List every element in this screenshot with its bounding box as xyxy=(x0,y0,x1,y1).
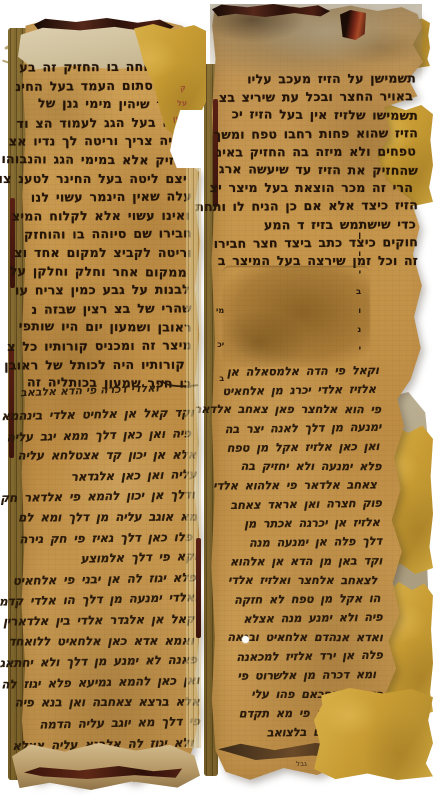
cursive-script-line: וקאל פי הדה אלמסאלה אן xyxy=(211,361,379,382)
cursive-script-line: פי הוא אלחצר פאן צאחב אלדאר xyxy=(213,400,381,419)
square-script-line: הרי זה מכר הוצאת בעל מיצר יצ xyxy=(220,179,418,197)
margin-mark: יכ xyxy=(216,328,224,362)
square-script-line: חוקים כיצד כתב ביצד חצר חבירו xyxy=(220,233,418,253)
square-script-line: קורותיו היה לכותל של ראובן xyxy=(32,355,190,374)
square-script-line: תשמישו שלזיז אין בעל הזיז יכ xyxy=(220,106,418,126)
cursive-script-line: ואמא אדא כאן אלחאיט ללואחד xyxy=(27,630,199,651)
cursive-script-line: ימנעה מן דלך לאנה יצר בה xyxy=(213,418,381,440)
cursive-script-line: אלא אן יכון קד אצטלחא עליה xyxy=(24,445,196,466)
margin-mark: נ xyxy=(356,321,361,340)
manuscript-scan: ובא מיוחה בו החזיק זה בעהגו לסתום העמד ב… xyxy=(0,0,433,800)
square-script-line: חבירו שם סיוהה בו והוחזק xyxy=(34,225,192,245)
red-leather-fleck xyxy=(340,10,366,40)
maroon-edge-sliver xyxy=(196,538,201,638)
margin-mark: ו xyxy=(356,302,361,321)
cursive-script-line: דלך פלה אן ימנעה מנה xyxy=(214,532,382,554)
cursive-script-line: מא אוגב עליה מן דלך ומא לם xyxy=(25,507,197,528)
square-script-line: מיצר זה ומכניס קורותיו כל צ xyxy=(34,336,192,356)
square-script-line: שהחזיק את הזיז עד שיעשה ארג xyxy=(220,160,418,180)
cursive-script-line: פיה ואן כאן דלך ממא יגב עליה xyxy=(24,423,196,447)
margin-mark: י xyxy=(356,264,361,283)
right-square-text-block: תשמישן על הזיז מעכב עליובאויר החצר ובכל … xyxy=(220,70,418,270)
square-script-line: כדי שישתמש בזיז ד המע xyxy=(218,215,416,234)
cursive-script-line: לצאחב אלחצר ואלזיז אלדי xyxy=(214,571,382,590)
square-script-line: ממקום אחר וחלק וחלקן על xyxy=(34,262,192,282)
square-script-line: וריטה לקביצ למקום אחד וצ xyxy=(34,244,192,263)
bottom-torn-layer xyxy=(12,742,200,790)
cursive-script-line: וקאל אן אלגדר אלדי בין אלדארין xyxy=(26,609,198,632)
mustard-bottom-patch xyxy=(314,688,433,780)
cursive-script-line: אלא ברצא צאחבה ואן בנא פיה xyxy=(28,692,200,713)
cursive-script-line: ואן כאן להמא גמיעא פלא יגוז לה xyxy=(27,670,199,694)
right-cursive-text-block: וקאל פי הדה אלמסאלה אןאלזיז אלדי יכרג מן… xyxy=(213,361,384,742)
right-margin-marks: ןויבוני xyxy=(356,226,361,359)
cursive-script-line: פלה אן ירד אלזיז למכאנה xyxy=(215,646,383,668)
left-cursive-text-block: וקד קאל אן אלחיט אלדי בינהמאפיה ואן כאן … xyxy=(24,403,201,755)
cursive-script-line: אלזיז אלדי יכרג מן אלחאיט xyxy=(213,380,381,402)
square-script-line: תשמישן על הזיז מעכב עליו xyxy=(218,69,416,88)
cursive-script-line: פיה ולא ימנע מנה אצלא xyxy=(214,608,382,630)
cursive-script-line: ומא דכרה מן אלשרוט פי xyxy=(213,665,381,686)
right-manuscript-strip: תשמישן על הזיז מעכב עליובאויר החצר ובכל … xyxy=(204,4,433,786)
cursive-script-line: פוק חצרה ואן אראד צאחב xyxy=(214,494,382,516)
square-script-line: טפחים ולא מיזה בה החזיק באינ xyxy=(218,142,416,161)
square-script-line: זה וכל זמן שירצה בעל המיצר ב xyxy=(220,252,418,270)
dark-middle-stain xyxy=(222,266,370,367)
square-script-line: שהרי של בצ רצין שבזה נ xyxy=(34,299,192,319)
square-script-line: עלה שאין הינמר עשוי לנו xyxy=(34,187,192,207)
cursive-script-line: צאחב אלדאר פי אלהוא אלדי xyxy=(213,475,381,495)
cursive-script-line: ודלך אן יכון להמא פי אלדאר חק xyxy=(23,485,195,509)
square-script-line: יצם ליטה בעל החינר לטענ צו xyxy=(34,170,192,189)
cursive-script-line: אלזיז אן יכרגה אכתר מן xyxy=(212,513,380,534)
cursive-script-line: ואן כאן אלזיז אקל מן טפח xyxy=(211,437,379,458)
bottom-tiny-mark: גבל xyxy=(296,760,307,769)
margin-mark: ו xyxy=(356,245,361,264)
cursive-script-line: פי דלך מא יוגב עליה הדמה xyxy=(28,711,200,735)
cursive-script-line: ואדא אנהדם אלחאיט ובנאה xyxy=(215,628,383,647)
right-edge-fringe xyxy=(186,168,201,748)
cursive-script-line: ואלדי ימנעה מן דלך הו אלדי קדמנא xyxy=(26,587,198,611)
cursive-script-line: הו אקל מן טפח לא חזקה xyxy=(212,589,380,610)
margin-mark: ן xyxy=(356,226,361,245)
square-script-line: הזיז שהוא פחות רחבו טפח ומשך xyxy=(220,124,418,144)
square-script-line: החזיק אלא במימי הגג והנבוהו xyxy=(34,150,192,170)
square-script-line: ואינו עשוי אלא לקלוח המיצ xyxy=(32,206,190,225)
square-script-line: הזיז כיצד אלא אם כן הניח לו ותחת xyxy=(220,197,418,217)
square-script-line: באויר החצר ובכל עת שיריצ בצ xyxy=(220,87,418,107)
worm-hole xyxy=(242,636,249,643)
margin-mark: ב xyxy=(356,283,361,302)
cursive-script-line: וקד באן מן הדא אן אלהוא xyxy=(214,551,382,571)
margin-mark: י xyxy=(356,340,361,359)
square-script-line: לבנות על גבע כמין צריח עו xyxy=(32,281,190,300)
margin-mark: מי xyxy=(216,294,224,328)
square-script-line: ראובן ושמעון יום היו שותפי xyxy=(34,318,192,338)
left-manuscript-strip: ובא מיוחה בו החזיק זה בעהגו לסתום העמד ב… xyxy=(8,18,204,790)
cursive-script-line: פלא ימנעה ולא יחזיק בה xyxy=(213,457,381,476)
